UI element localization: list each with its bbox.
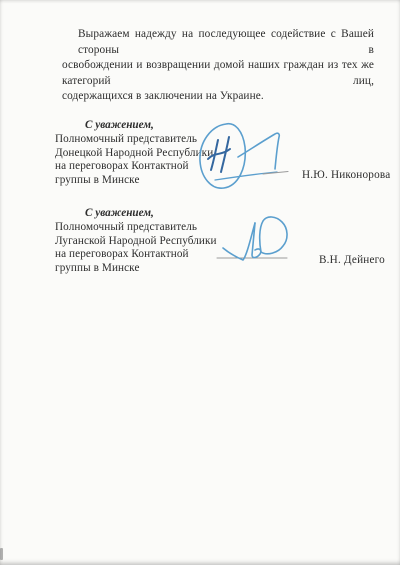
handwritten-signature-icon: [208, 213, 303, 268]
title-line: Полномочный представитель: [55, 221, 217, 235]
paragraph-line: освобождении и возвращении домой наших г…: [62, 58, 374, 89]
title-line: группы в Минске: [55, 262, 217, 276]
signatory-name: Н.Ю. Никонорова: [302, 169, 390, 181]
paragraph-line: Выражаем надежду на последующее содейств…: [62, 27, 374, 58]
signature-block-dnr: С уважением, Полномочный представитель Д…: [55, 119, 213, 188]
salutation: С уважением,: [55, 119, 213, 133]
body-paragraph: Выражаем надежду на последующее содейств…: [62, 27, 374, 105]
title-line: Полномочный представитель: [55, 133, 213, 147]
handwritten-signature-icon: [193, 116, 298, 196]
title-line: Донецкой Народной Республики: [55, 147, 213, 161]
title-line: группы в Минске: [55, 174, 213, 188]
paragraph-line: содержащихся в заключении на Украине.: [62, 89, 374, 105]
title-line: Луганской Народной Республики: [55, 235, 217, 249]
salutation: С уважением,: [55, 207, 217, 221]
title-line: на переговорах Контактной: [55, 248, 217, 262]
signatory-name: В.Н. Дейнего: [319, 254, 385, 266]
signature-block-lnr: С уважением, Полномочный представитель Л…: [55, 207, 217, 276]
scanned-letter-page: Выражаем надежду на последующее содейств…: [0, 0, 400, 565]
title-line: на переговорах Контактной: [55, 160, 213, 174]
